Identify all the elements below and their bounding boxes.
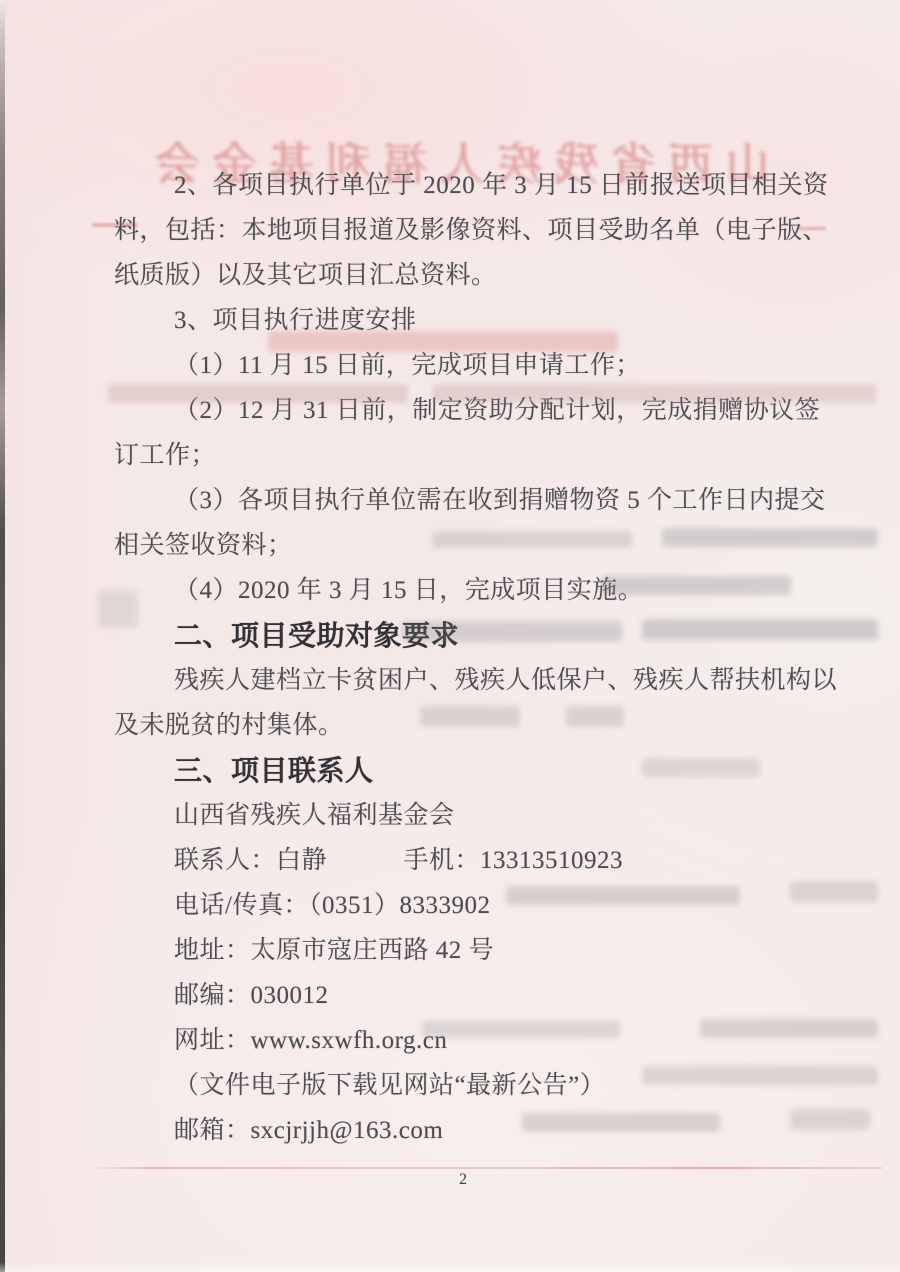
bleed-through-blot <box>642 1066 878 1085</box>
text-line: 邮编：030012 <box>114 973 804 1018</box>
text-line: 地址：太原市寇庄西路 42 号 <box>114 928 804 973</box>
text-line: 联系人：白静 手机：13313510923 <box>114 838 804 883</box>
bleed-through-blot <box>98 590 138 628</box>
bleed-through-blot <box>522 1113 720 1132</box>
bleed-through-blot <box>506 886 740 905</box>
bleed-through-blot <box>601 576 791 595</box>
page-number: 2 <box>448 1171 478 1189</box>
bleed-through-blot <box>432 531 632 548</box>
document-body: 2、各项目执行单位于 2020 年 3 月 15 日前报送项目相关资料，包括：本… <box>114 163 804 1153</box>
text-line: 残疾人建档立卡贫困户、残疾人低保户、残疾人帮扶机构以 <box>114 658 804 703</box>
text-line: 料，包括：本地项目报道及影像资料、项目受助名单（电子版、 <box>114 208 804 253</box>
bleed-through-blot <box>420 706 520 727</box>
text-line: 山西省残疾人福利基金会 <box>114 793 804 838</box>
bleed-through-blot <box>422 1021 620 1038</box>
bleed-through-blot <box>642 619 878 640</box>
bleed-through-blot <box>790 881 878 902</box>
bleed-through-blot <box>662 528 878 547</box>
scan-edge-bottom <box>0 1262 900 1272</box>
bleed-through-blot <box>432 384 877 403</box>
bleed-through-blot <box>108 384 408 403</box>
bleed-through-blot <box>402 621 622 642</box>
bleed-through-blot <box>566 706 624 727</box>
bleed-through-blot <box>642 758 760 777</box>
text-line: 纸质版）以及其它项目汇总资料。 <box>114 253 804 298</box>
footer-rule <box>84 1167 882 1169</box>
text-line: 订工作； <box>114 433 804 478</box>
text-line: （3）各项目执行单位需在收到捐赠物资 5 个工作日内提交 <box>114 478 804 523</box>
scan-edge-left <box>0 0 5 1272</box>
scanned-document-page: 山西省残疾人福利基金会 2、各项目执行单位于 2020 年 3 月 15 日前报… <box>0 0 900 1272</box>
bleed-through-blot <box>790 1109 870 1130</box>
text-line: 2、各项目执行单位于 2020 年 3 月 15 日前报送项目相关资 <box>114 163 804 208</box>
bleed-through-blot <box>700 1019 878 1038</box>
bleed-through-blot <box>268 331 618 352</box>
